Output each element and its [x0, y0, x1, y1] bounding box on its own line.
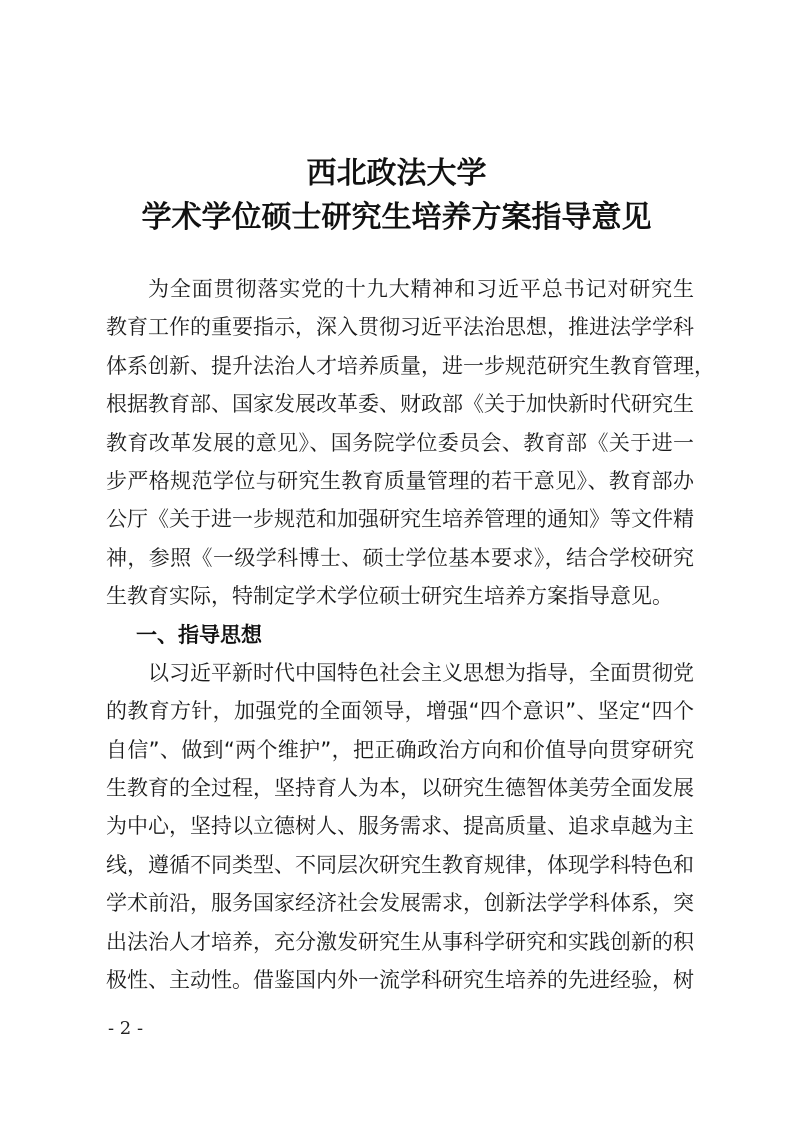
- paragraph-line: 生教育的全过程，坚持育人为本，以研究生德智体美劳全面发展: [106, 769, 694, 807]
- paragraph-line: 极性、主动性。借鉴国内外一流学科研究生培养的先进经验，树: [106, 961, 694, 999]
- page-number: - 2 -: [108, 1018, 143, 1039]
- paragraph-line: 以习近平新时代中国特色社会主义思想为指导，全面贯彻党: [106, 654, 694, 692]
- document-body: 为全面贯彻落实党的十九大精神和习近平总书记对研究生 教育工作的重要指示，深入贯彻…: [106, 270, 694, 999]
- intro-paragraph: 为全面贯彻落实党的十九大精神和习近平总书记对研究生 教育工作的重要指示，深入贯彻…: [106, 270, 694, 616]
- paragraph-line: 为全面贯彻落实党的十九大精神和习近平总书记对研究生: [106, 270, 694, 308]
- paragraph-line: 步严格规范学位与研究生教育质量管理的若干意见》、教育部办: [106, 462, 694, 500]
- document-title-university: 西北政法大学: [0, 148, 793, 192]
- paragraph-line: 教育工作的重要指示，深入贯彻习近平法治思想，推进法学学科: [106, 308, 694, 346]
- section1-paragraph: 以习近平新时代中国特色社会主义思想为指导，全面贯彻党 的教育方针，加强党的全面领…: [106, 654, 694, 1000]
- paragraph-line: 神，参照《一级学科博士、硕士学位基本要求》，结合学校研究: [106, 539, 694, 577]
- paragraph-line: 为中心，坚持以立德树人、服务需求、提高质量、追求卓越为主: [106, 807, 694, 845]
- paragraph-line: 学术前沿，服务国家经济社会发展需求，创新法学学科体系，突: [106, 884, 694, 922]
- document-title-subject: 学术学位硕士研究生培养方案指导意见: [0, 192, 793, 236]
- paragraph-line: 的教育方针，加强党的全面领导，增强“四个意识”、坚定“四个: [106, 692, 694, 730]
- section-heading-guiding-ideology: 一、指导思想: [106, 616, 694, 654]
- paragraph-line: 自信”、做到“两个维护”，把正确政治方向和价值导向贯穿研究: [106, 731, 694, 769]
- paragraph-line: 线，遵循不同类型、不同层次研究生教育规律，体现学科特色和: [106, 846, 694, 884]
- paragraph-line: 根据教育部、国家发展改革委、财政部《关于加快新时代研究生: [106, 385, 694, 423]
- paragraph-line: 教育改革发展的意见》、国务院学位委员会、教育部《关于进一: [106, 424, 694, 462]
- paragraph-line: 公厅《关于进一步规范和加强研究生培养管理的通知》等文件精: [106, 500, 694, 538]
- paragraph-line: 出法治人才培养，充分激发研究生从事科学研究和实践创新的积: [106, 923, 694, 961]
- paragraph-line: 体系创新、提升法治人才培养质量，进一步规范研究生教育管理，: [106, 347, 694, 385]
- document-page: 西北政法大学 学术学位硕士研究生培养方案指导意见 为全面贯彻落实党的十九大精神和…: [0, 0, 793, 1122]
- paragraph-line: 生教育实际，特制定学术学位硕士研究生培养方案指导意见。: [106, 577, 694, 615]
